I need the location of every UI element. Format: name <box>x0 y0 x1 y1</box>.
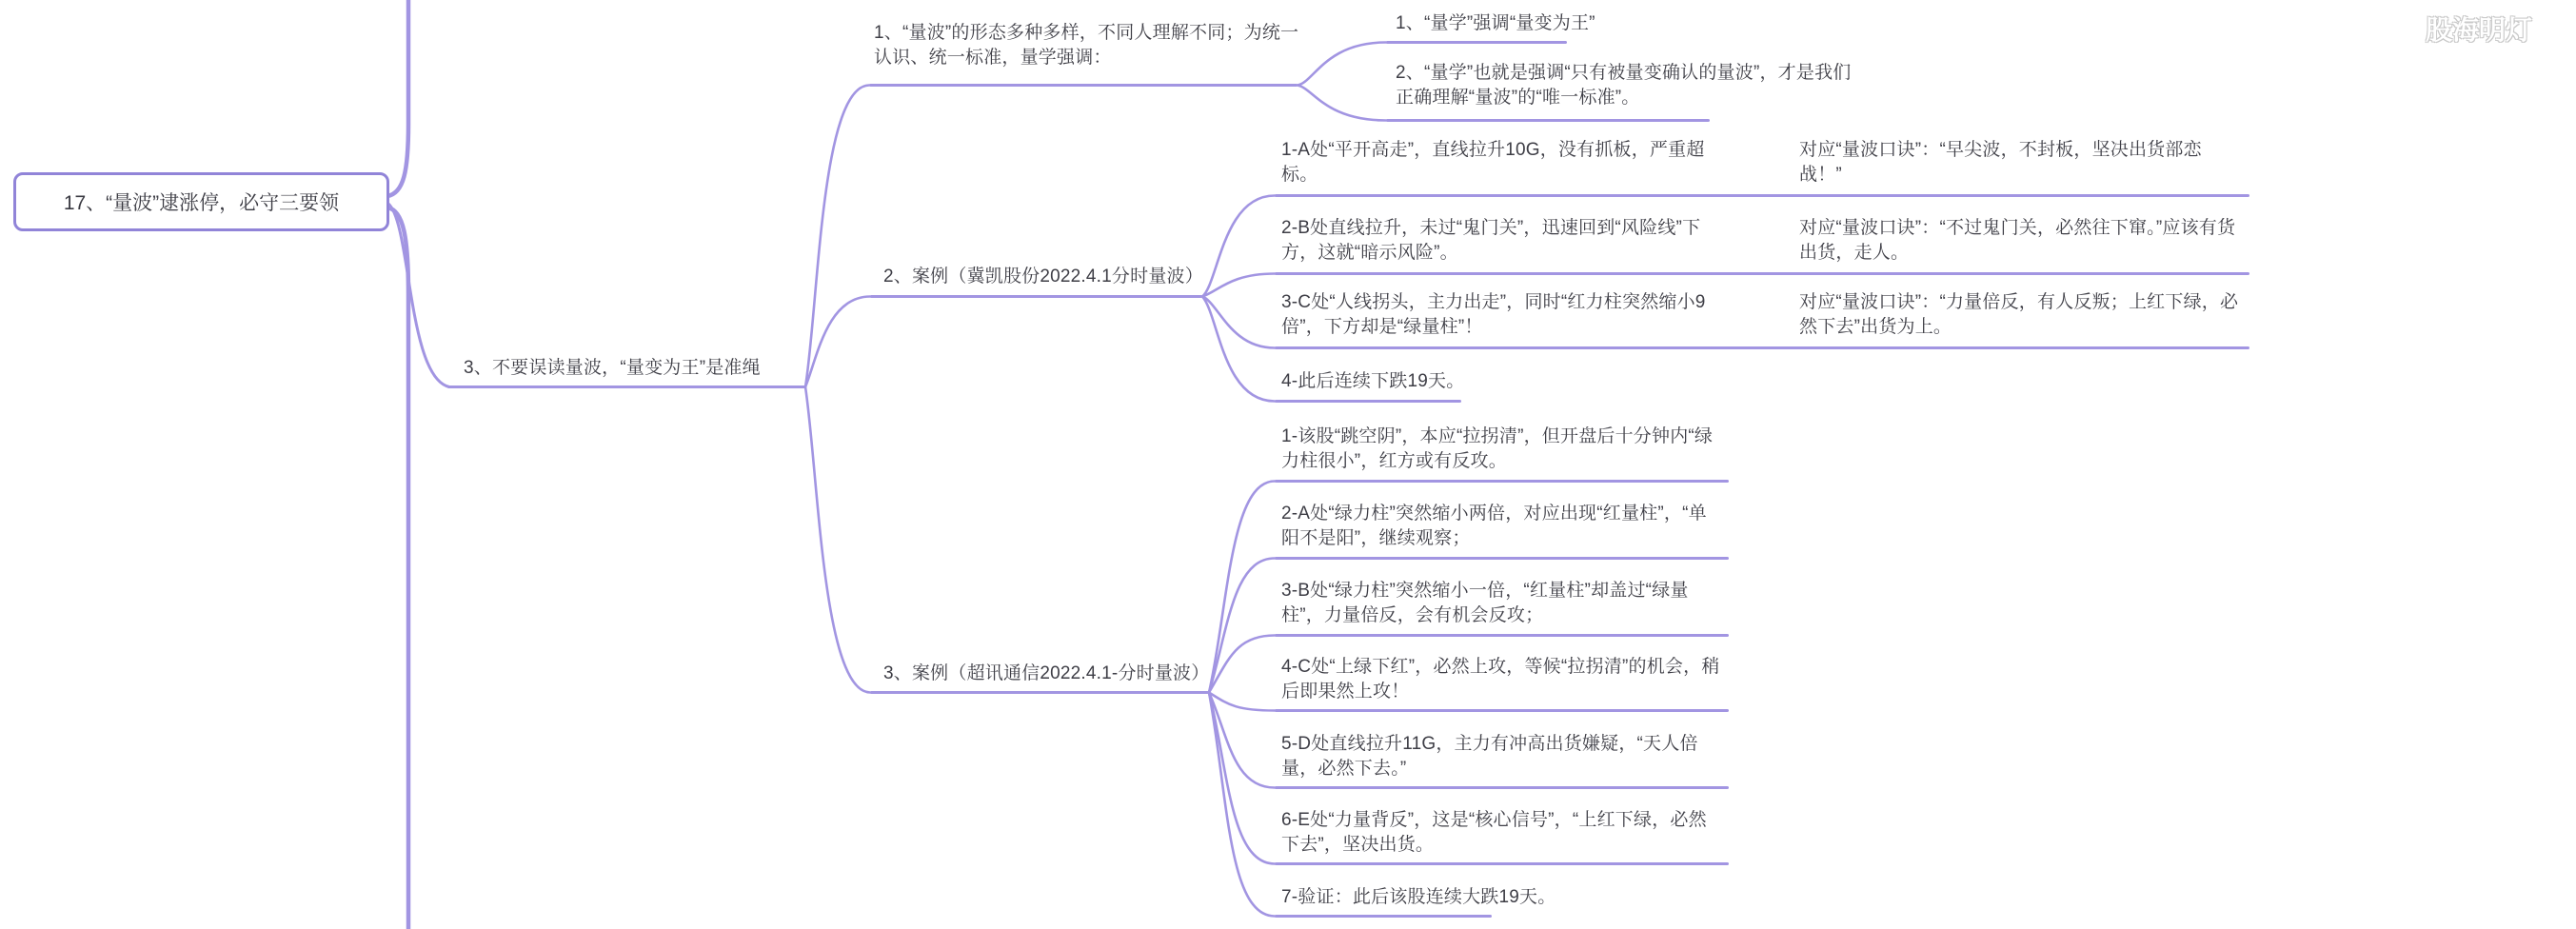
connector-case2-item7 <box>1209 693 1275 917</box>
root-node[interactable]: 17、“量波”逮涨停，必守三要领 <box>13 172 389 231</box>
connector-statement-point1 <box>1298 43 1386 86</box>
case2-label-node[interactable]: 3、案例（超讯通信2022.4.1-分时量波） <box>883 662 1209 686</box>
case2-item5-node[interactable]: 5-D处直线拉升11G，主力有冲高出货嫌疑，“天人倍量，必然下去。” <box>1281 732 1721 781</box>
statement-point2-underline <box>1386 119 1710 122</box>
case1-item4-underline <box>1275 400 1461 403</box>
connector-case2-item4 <box>1209 693 1275 711</box>
watermark-logo: 股海明灯 <box>2426 10 2532 48</box>
connector-case1-item4 <box>1202 297 1275 402</box>
branch3-node[interactable]: 3、不要误读量波，“量变为王”是准绳 <box>464 356 761 381</box>
case1-quote1-underline <box>1711 194 2249 197</box>
case2-item4-underline <box>1275 709 1729 712</box>
connector-branch-statement <box>805 86 869 387</box>
branch3-underline <box>447 385 805 388</box>
connector-trunk-up <box>387 0 408 196</box>
case1-quote2-node[interactable]: 对应“量波口诀”：“不过鬼门关，必然往下窜。”应该有货出货，走人。 <box>1799 216 2239 266</box>
mindmap-canvas: 17、“量波”逮涨停，必守三要领 3、不要误读量波，“量变为王”是准绳 1、“量… <box>0 0 2576 929</box>
connector-statement-point2 <box>1298 86 1386 121</box>
case1-item4-node[interactable]: 4-此后连续下跌19天。 <box>1281 369 1464 394</box>
case2-item6-node[interactable]: 6-E处“力量背反”，这是“核心信号”，“上红下绿，必然下去”，坚决出货。 <box>1281 808 1721 858</box>
statement-point1-node[interactable]: 1、“量学”强调“量变为王” <box>1396 11 1595 36</box>
connector-branch-case2 <box>805 387 870 693</box>
case2-item1-underline <box>1275 480 1729 483</box>
case2-item3-underline <box>1275 634 1729 637</box>
connector-case1-item1 <box>1202 196 1275 297</box>
case2-underline <box>870 691 1209 694</box>
case1-underline <box>870 295 1202 298</box>
connector-trunk-down <box>387 208 408 929</box>
case1-item1-node[interactable]: 1-A处“平开高走”，直线拉升10G，没有抓板，严重超标。 <box>1281 138 1721 188</box>
statement-point1-underline <box>1386 41 1567 44</box>
case2-item7-node[interactable]: 7-验证：此后该股连续大跌19天。 <box>1281 885 1556 910</box>
connector-case2-item1 <box>1209 482 1275 693</box>
case1-quote1-node[interactable]: 对应“量波口诀”：“早尖波，不封板，坚决出货部恋战！” <box>1799 138 2239 188</box>
case1-item3-node[interactable]: 3-C处“人线拐头，主力出走”，同时“红力柱突然缩小9倍”，下方却是“绿量柱”！ <box>1281 290 1721 340</box>
case2-item1-node[interactable]: 1-该股“跳空阴”，本应“拉拐清”，但开盘后十分钟内“绿力柱很小”，红方或有反攻… <box>1281 425 1721 474</box>
statement-underline <box>869 84 1298 87</box>
connector-branch-case1 <box>805 297 870 387</box>
case2-item5-underline <box>1275 786 1729 789</box>
case1-label-node[interactable]: 2、案例（冀凯股份2022.4.1分时量波） <box>883 265 1203 289</box>
case2-item3-node[interactable]: 3-B处“绿力柱”突然缩小一倍，“红量柱”却盖过“绿量柱”，力量倍反，会有机会反… <box>1281 579 1721 628</box>
case2-item2-node[interactable]: 2-A处“绿力柱”突然缩小两倍，对应出现“红量柱”，“单阳不是阳”，继续观察； <box>1281 502 1721 551</box>
statement-node[interactable]: 1、“量波”的形态多种多样，不同人理解不同；为统一认识、统一标准，量学强调： <box>874 21 1310 70</box>
case2-item6-underline <box>1275 862 1729 865</box>
case1-item2-node[interactable]: 2-B处直线拉升，未过“鬼门关”，迅速回到“风险线”下方，这就“暗示风险”。 <box>1281 216 1721 266</box>
case1-quote2-underline <box>1711 272 2249 275</box>
case2-item2-underline <box>1275 557 1729 560</box>
case1-quote3-underline <box>1711 346 2249 349</box>
case1-quote3-node[interactable]: 对应“量波口诀”：“力量倍反，有人反叛；上红下绿，必然下去”出货为上。 <box>1799 290 2239 340</box>
case2-item4-node[interactable]: 4-C处“上绿下红”，必然上攻，等候“拉拐清”的机会，稍后即果然上攻！ <box>1281 655 1721 704</box>
case2-item7-underline <box>1275 915 1492 918</box>
connector-case2-item2 <box>1209 559 1275 693</box>
statement-point2-node[interactable]: 2、“量学”也就是强调“只有被量变确认的量波”，才是我们正确理解“量波”的“唯一… <box>1396 61 1853 110</box>
